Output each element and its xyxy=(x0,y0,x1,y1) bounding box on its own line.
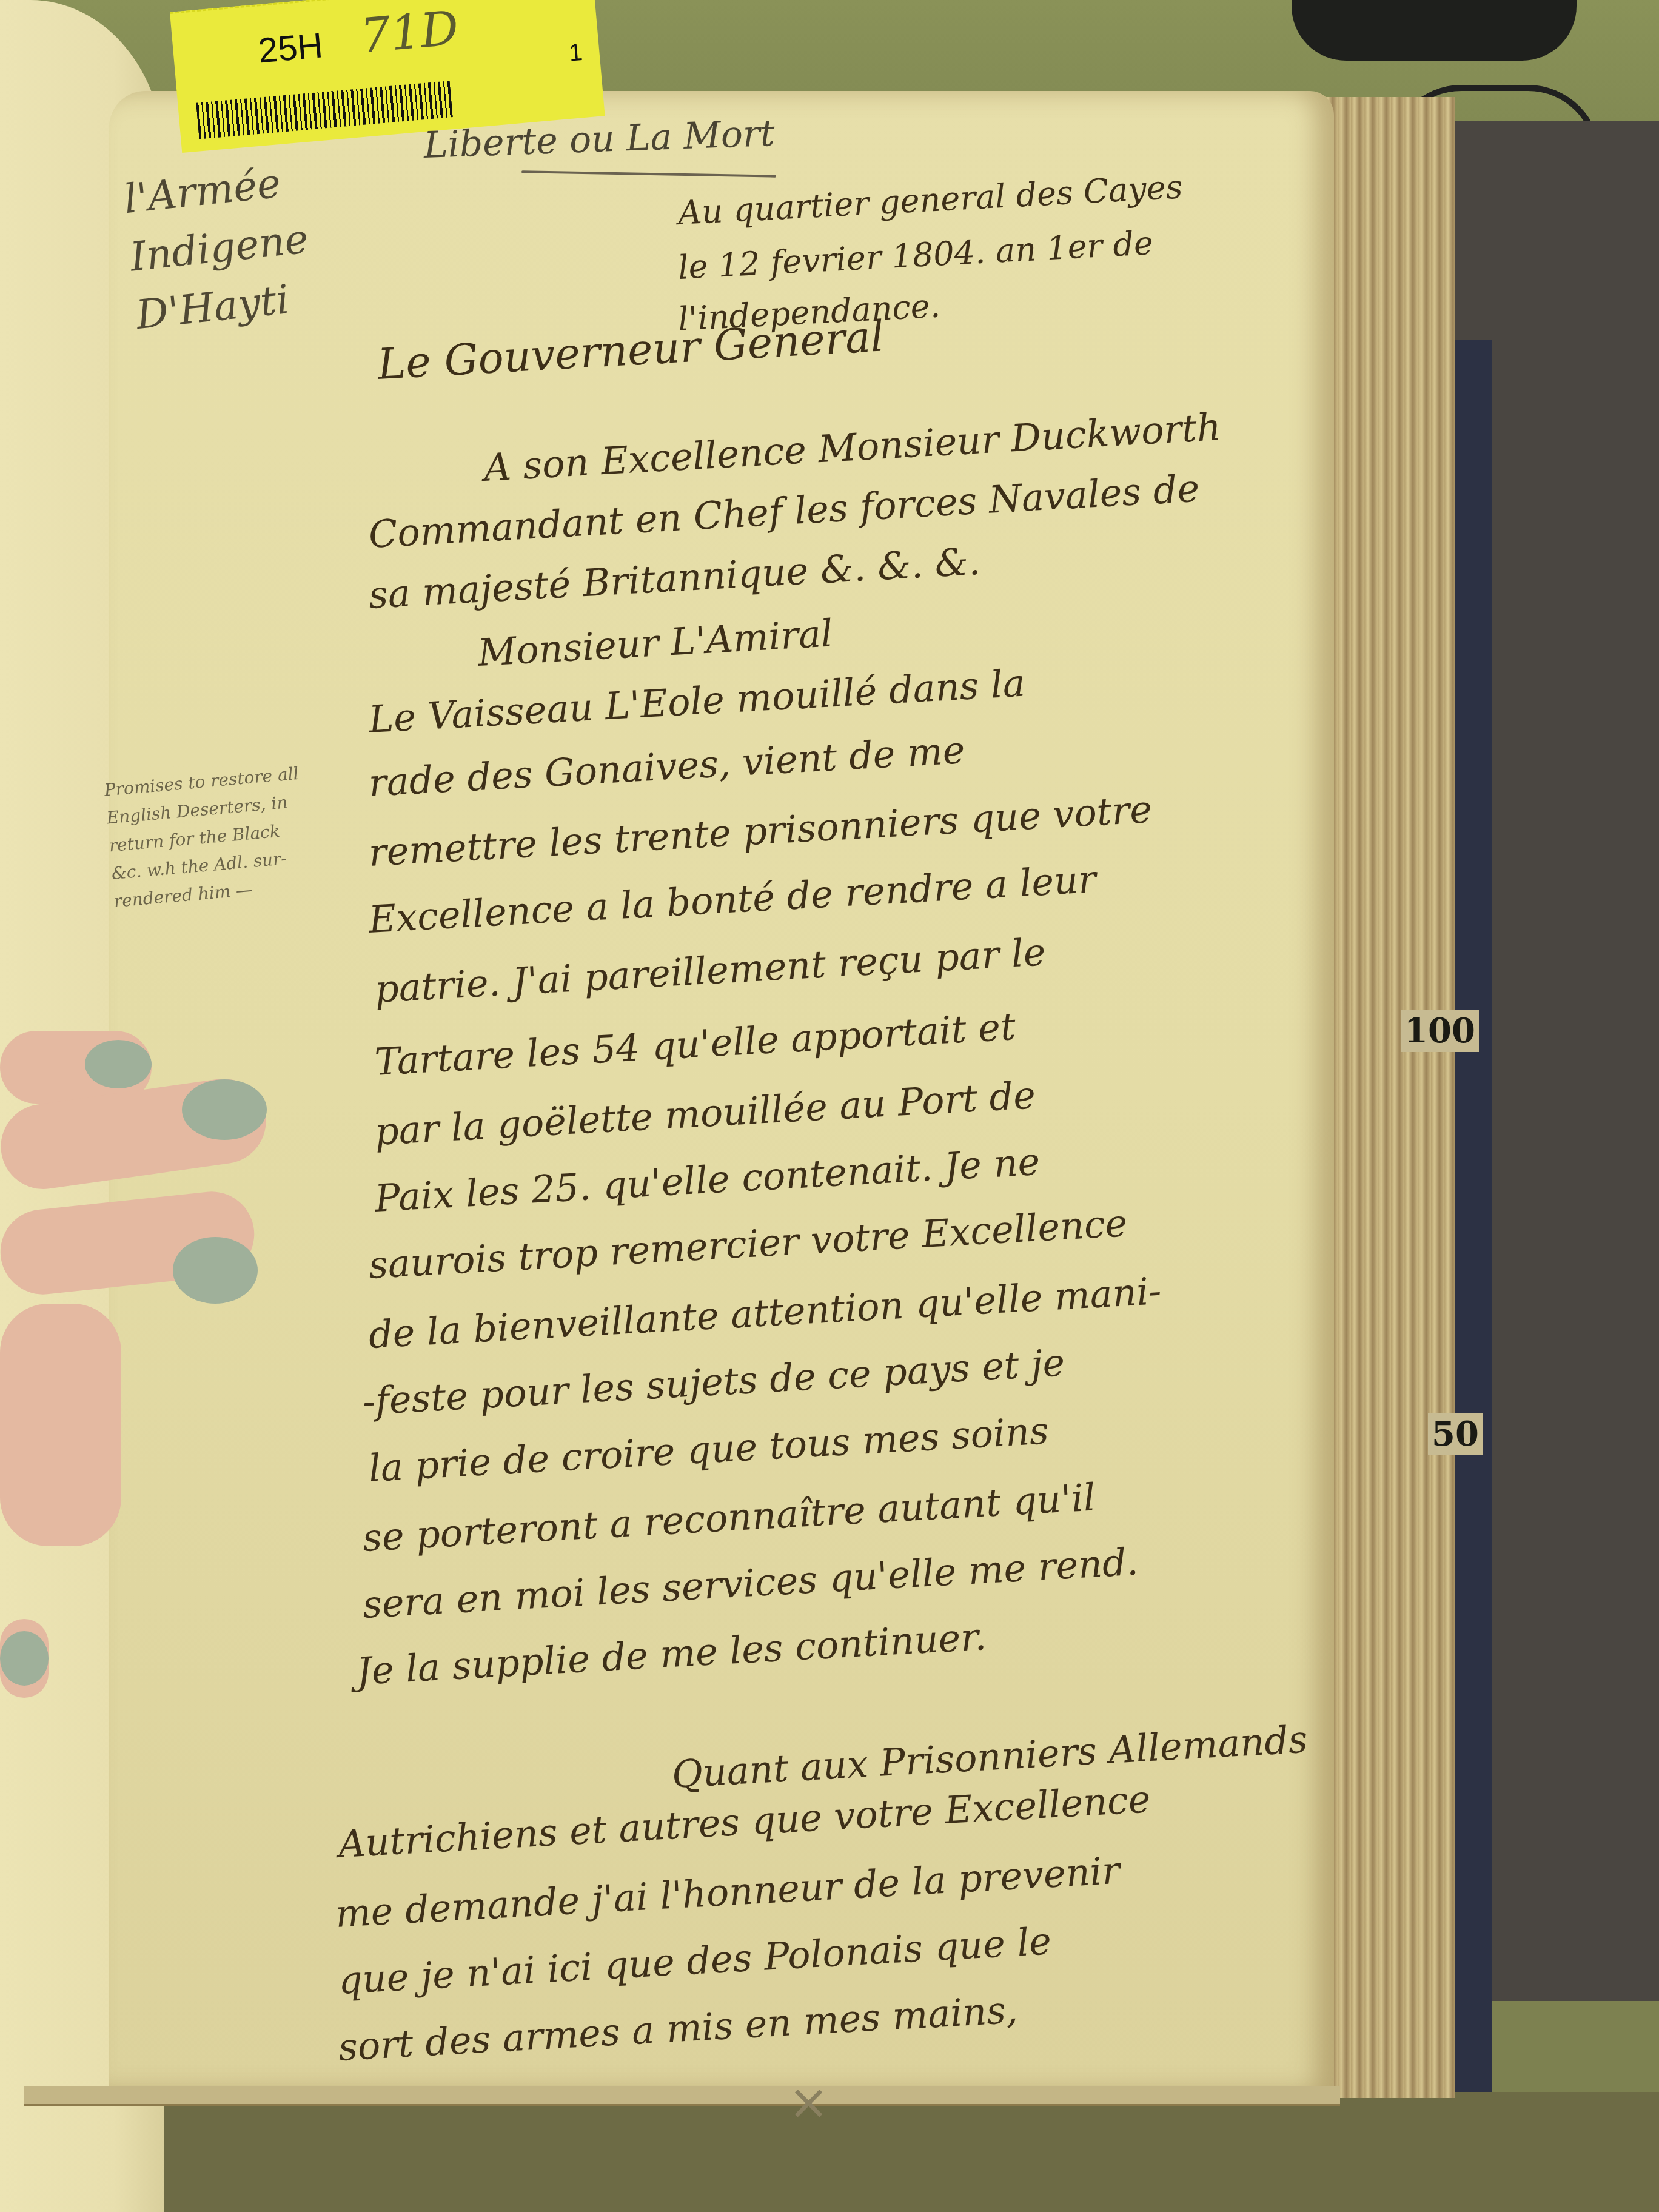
barcode xyxy=(196,81,453,139)
fingernail xyxy=(182,1079,267,1140)
margin-heading: l'Armée Indigene D'Hayti xyxy=(121,152,317,344)
palm xyxy=(0,1304,121,1546)
fingernail xyxy=(85,1040,152,1088)
margin-note: Promises to restore all English Deserter… xyxy=(103,760,310,916)
telephone-handset xyxy=(1292,0,1577,61)
page-bottom-edge xyxy=(24,2086,1340,2106)
page-tab-50[interactable]: 50 xyxy=(1428,1413,1483,1455)
archive-code: 25H xyxy=(256,25,324,71)
pencil-x-mark: × xyxy=(788,2074,829,2130)
fingernail xyxy=(173,1237,258,1304)
archive-handwritten-suffix: 71D xyxy=(358,1,461,64)
fingernail xyxy=(0,1631,49,1686)
page-tab-100[interactable]: 100 xyxy=(1401,1010,1479,1052)
archive-item-number: 1 xyxy=(568,39,584,67)
desk-surface xyxy=(0,2092,1659,2212)
